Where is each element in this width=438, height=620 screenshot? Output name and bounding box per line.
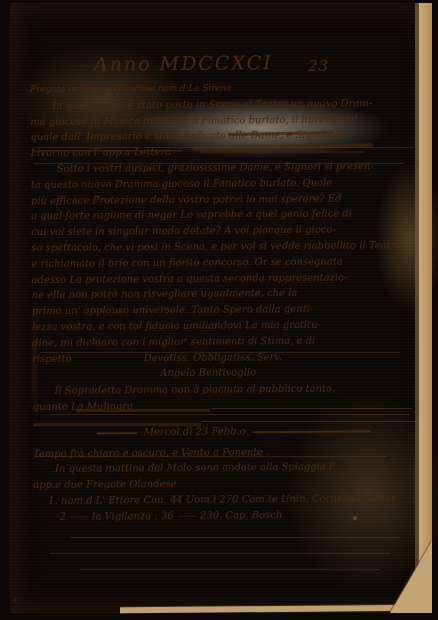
show-through-line [80,569,380,570]
show-through-line [50,553,390,554]
signature-name: Angelo Bentivoglio [32,364,424,383]
ink-speck [13,597,18,603]
letter-closing: rispetto [32,351,72,367]
signature-title: Devotiss. Obbligatiss. Serv. [144,350,282,367]
year-heading: Anno MDCCXCI [94,52,273,76]
underlying-page-edge [120,605,432,614]
book-page-edges [419,3,432,613]
entry2-line: 2 —— la Vigilanza : 36 —— 230. Cap. Bosc… [33,507,425,526]
manuscript-page: Anno MDCCXCI 23 Fregata in Guerra Olande… [10,3,432,613]
date-heading-row: Mercol.dì 23 Febb.o [33,423,425,442]
note-line: quanto La Mulinara [32,397,424,416]
letter-line: so spettacolo, che vi posi in Scena, e p… [31,238,423,257]
rule-line [97,432,137,434]
rule-line [253,430,371,433]
page-corner-curl [390,541,432,613]
entry1-line: In questa sera è stato posto in Scena al… [30,96,422,115]
entry2-line: 1. nom.d L' Ettore Can. 44 Uom.i 270 Com… [33,491,425,510]
date-heading: Mercol.dì 23 Febb.o [137,424,253,441]
handwritten-text-column: Fregata in Guerra Olandese nom.d La Sire… [30,80,425,526]
show-through-line [70,537,400,538]
letter-line: Sotto i vostri auspici, graziosissime Da… [31,159,423,178]
scanned-manuscript-photo: Anno MDCCXCI 23 Fregata in Guerra Olande… [0,0,438,620]
page-number: 23 [308,57,329,75]
